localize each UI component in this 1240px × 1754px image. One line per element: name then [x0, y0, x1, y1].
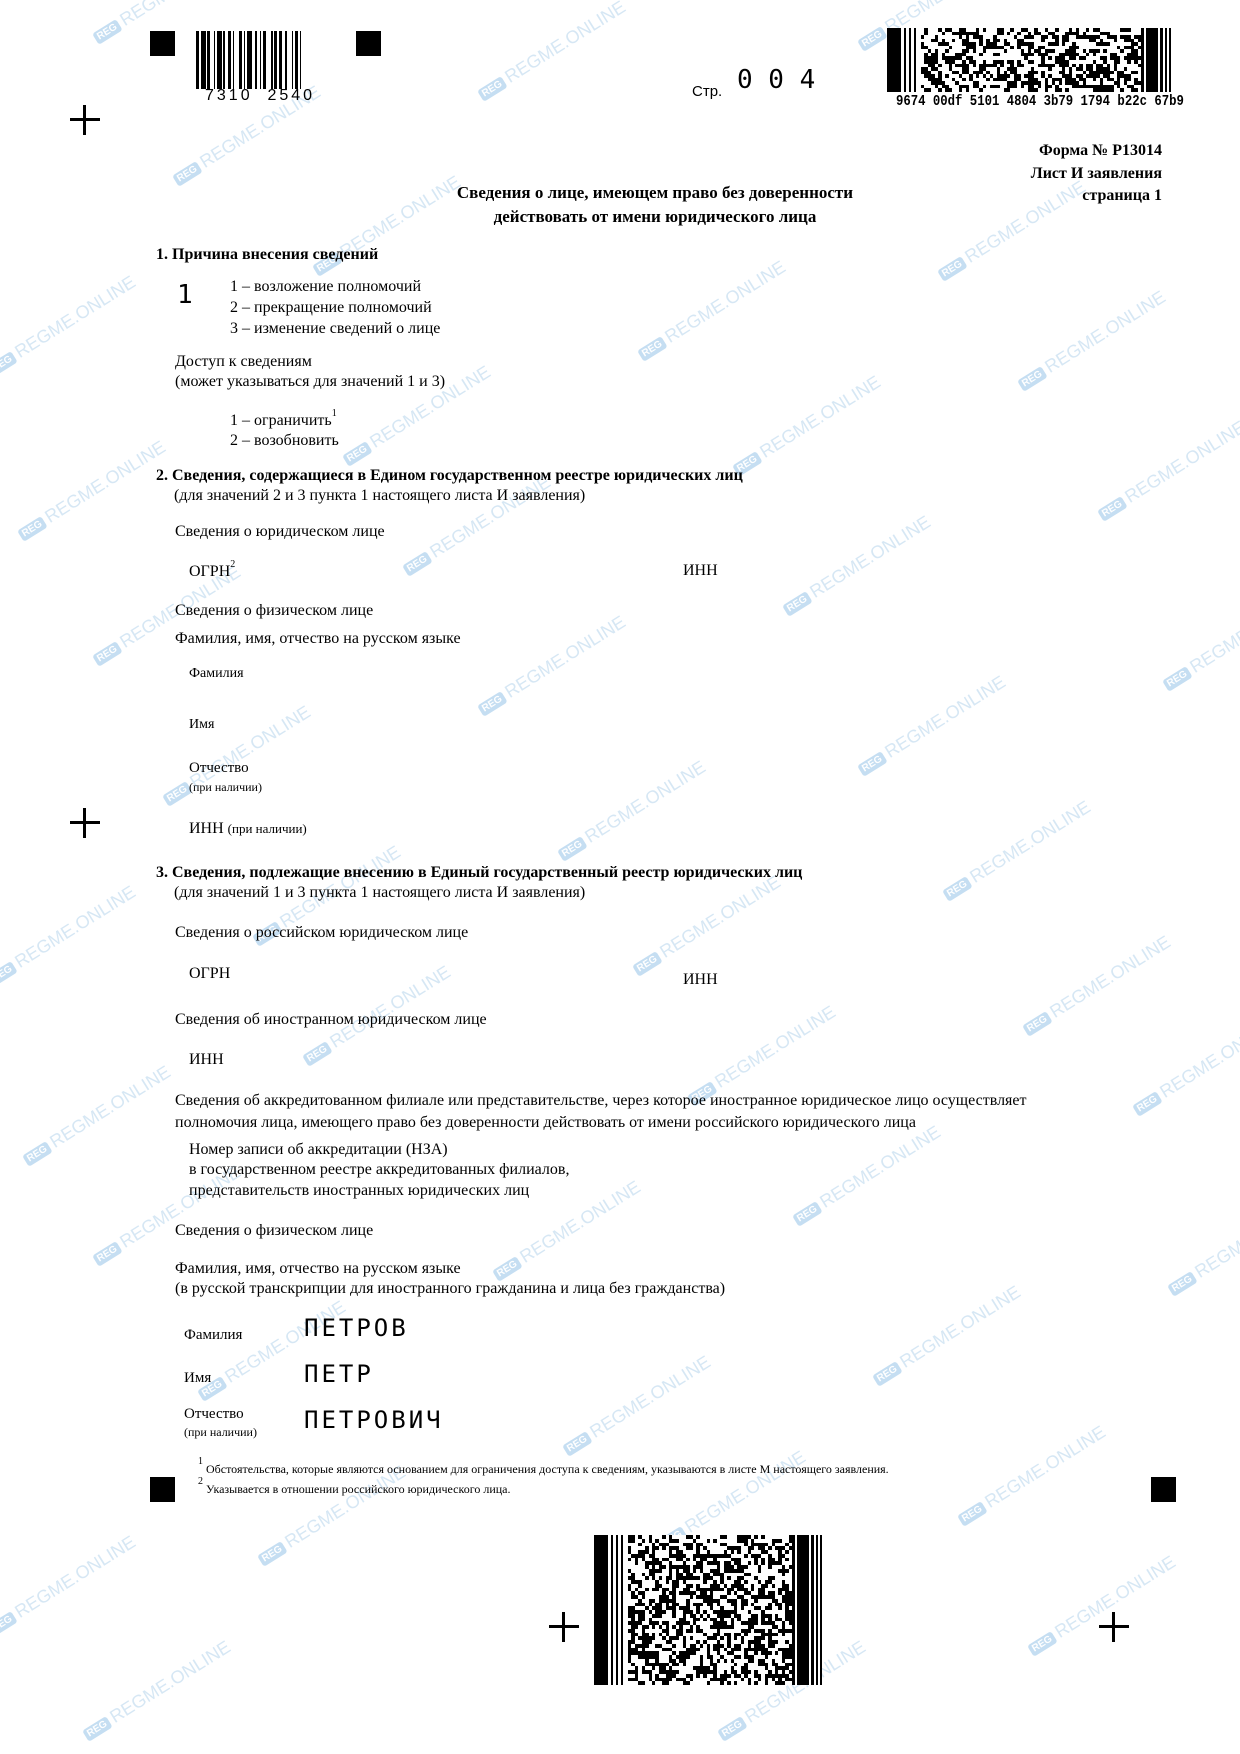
surname-label: Фамилия [189, 664, 244, 684]
surname-label: Фамилия [184, 1325, 242, 1345]
russian-entity-label: Сведения о российском юридическом лице [175, 923, 468, 943]
name-label: Имя [189, 715, 214, 735]
ogrn-label-text: ОГРН [189, 563, 230, 580]
branch-label-line1: Сведения об аккредитованном филиале или … [175, 1091, 1027, 1111]
reg-logo-icon: REG [477, 691, 507, 717]
watermark-text: REGREGME.ONLINE [1014, 287, 1169, 395]
crosshair-mark-icon [70, 808, 100, 838]
footnote-text: Указывается в отношении российского юрид… [206, 1482, 511, 1496]
footnote-mark: 1 [198, 1456, 203, 1467]
patronymic-label: Отчество [189, 758, 249, 778]
ogrn-label: ОГРН [189, 964, 230, 984]
reg-logo-icon: REG [82, 1716, 112, 1742]
surname-value[interactable]: ПЕТРОВ [304, 1318, 409, 1338]
reg-logo-icon: REG [0, 961, 17, 987]
watermark-text: REGREGME.ONLINE [869, 1282, 1024, 1390]
reg-logo-icon: REG [782, 591, 812, 617]
inn-label: ИНН [683, 970, 718, 990]
reg-logo-icon: REG [637, 336, 667, 362]
reg-logo-icon: REG [857, 26, 887, 52]
watermark-text: REGREGME.ONLINE [954, 1422, 1109, 1530]
reg-logo-icon: REG [942, 876, 972, 902]
footnote-mark: 2 [198, 1476, 203, 1487]
fio-label: Фамилия, имя, отчество на русском языке [175, 629, 461, 649]
reg-logo-icon: REG [92, 1241, 122, 1267]
reg-logo-icon: REG [957, 1501, 987, 1527]
nza-label-line1: Номер записи об аккредитации (НЗА) [189, 1140, 448, 1160]
section1-heading: 1. Причина внесения сведений [156, 245, 378, 265]
section3-note: (для значений 1 и 3 пункта 1 настоящего … [174, 883, 585, 903]
reg-logo-icon: REG [872, 1361, 902, 1387]
crosshair-mark-icon [549, 1612, 579, 1642]
fio-label: Фамилия, имя, отчество на русском языке [175, 1259, 461, 1279]
watermark-text: REGREGME.ONLINE [1019, 932, 1174, 1040]
footnote-ref: 1 [332, 408, 337, 419]
reg-logo-icon: REG [257, 1541, 287, 1567]
person-inn-label: ИНН (при наличии) [189, 819, 307, 839]
reg-logo-icon: REG [1162, 666, 1192, 692]
branch-label-line2: полномочия лица, имеющего право без дове… [175, 1113, 916, 1133]
reg-logo-icon: REG [22, 1141, 52, 1167]
watermark-text: REGREGME.ONLINE [0, 1532, 139, 1640]
crosshair-mark-icon [70, 105, 100, 135]
footnote-ref: 2 [230, 559, 235, 570]
reg-logo-icon: REG [0, 1611, 17, 1637]
pdf417-code: 9674 00df 5101 4804 3b79 1794 b22c 67b9 [896, 92, 1184, 112]
footnote-1: 1 Обстоятельства, которые являются основ… [198, 1459, 889, 1479]
patronymic-note: (при наличии) [184, 1422, 257, 1442]
watermark-text: REGREGME.ONLINE [554, 757, 709, 865]
patronymic-note: (при наличии) [189, 777, 262, 797]
watermark-text: REGREGME.ONLINE [474, 612, 629, 720]
person-label: Сведения о физическом лице [175, 1221, 373, 1241]
watermark-text: REGREGME.ONLINE [634, 257, 789, 365]
reg-logo-icon: REG [492, 1256, 522, 1282]
watermark-text: REGREGME.ONLINE [474, 0, 629, 104]
section3-heading: 3. Сведения, подлежащие внесению в Едины… [156, 863, 802, 883]
pdf417-barcode [887, 28, 1171, 92]
reg-logo-icon: REG [792, 1201, 822, 1227]
registration-square [150, 1477, 175, 1502]
foreign-entity-label: Сведения об иностранном юридическом лице [175, 1010, 487, 1030]
reg-logo-icon: REG [162, 781, 192, 807]
watermark-text: REGREGME.ONLINE [0, 272, 139, 380]
watermark-text: REGREGME.ONLINE [19, 1062, 174, 1170]
reg-logo-icon: REG [342, 441, 372, 467]
ogrn-label: ОГРН2 [189, 562, 235, 582]
fio-note: (в русской транскрипции для иностранного… [175, 1279, 725, 1299]
page-label: Стр. [692, 82, 722, 102]
name-label: Имя [184, 1368, 211, 1388]
watermark-text: REGREGME.ONLINE [1159, 587, 1240, 695]
footnote-2: 2 Указывается в отношении российского юр… [198, 1479, 511, 1499]
reg-logo-icon: REG [1027, 1631, 1057, 1657]
inn-label: ИНН [683, 561, 718, 581]
form-number: Форма № Р13014 [1039, 141, 1162, 161]
reg-logo-icon: REG [92, 19, 122, 45]
watermark-text: REGREGME.ONLINE [789, 1122, 944, 1230]
page-subtitle: действовать от имени юридического лица [0, 207, 1240, 227]
registration-square [150, 31, 175, 56]
reason-option-2: 2 – прекращение полномочий [230, 298, 432, 318]
page-number: 0 0 4 [737, 70, 815, 90]
watermark-text: REGREGME.ONLINE [194, 1297, 349, 1405]
reg-logo-icon: REG [632, 951, 662, 977]
access-label: Доступ к сведениям [175, 352, 312, 372]
reg-logo-icon: REG [1167, 1271, 1197, 1297]
legal-entity-label: Сведения о юридическом лице [175, 522, 385, 542]
registration-square [1151, 1477, 1176, 1502]
foreign-inn-label: ИНН [189, 1050, 224, 1070]
watermark-text: REGREGME.ONLINE [1094, 417, 1240, 525]
nza-label-line2: в государственном реестре аккредитованны… [189, 1160, 569, 1180]
reg-logo-icon: REG [1132, 1091, 1162, 1117]
watermark-text: REGREGME.ONLINE [79, 1637, 234, 1745]
reg-logo-icon: REG [857, 751, 887, 777]
crosshair-mark-icon [1099, 1612, 1129, 1642]
reg-logo-icon: REG [17, 516, 47, 542]
footnote-text: Обстоятельства, которые являются основан… [206, 1462, 889, 1476]
registration-square [356, 31, 381, 56]
person-label: Сведения о физическом лице [175, 601, 373, 621]
watermark-text: REGREGME.ONLINE [939, 797, 1094, 905]
reg-logo-icon: REG [302, 1041, 332, 1067]
reg-logo-icon: REG [717, 1716, 747, 1742]
reg-logo-icon: REG [0, 351, 17, 377]
access-note: (может указываться для значений 1 и 3) [175, 372, 445, 392]
patronymic-label: Отчество [184, 1404, 244, 1424]
watermark-text: REGREGME.ONLINE [729, 372, 884, 480]
watermark-text: REGREGME.ONLINE [1024, 1552, 1179, 1660]
reg-logo-icon: REG [557, 836, 587, 862]
watermark-text: REGREGME.ONLINE [1164, 1192, 1240, 1300]
access-option-1: 1 – ограничить1 [230, 411, 337, 431]
form-sheet: Лист И заявления [1031, 164, 1162, 184]
name-value[interactable]: ПЕТР [304, 1364, 374, 1384]
linear-barcode [196, 31, 304, 89]
watermark-text: REGREGME.ONLINE [629, 872, 784, 980]
reg-logo-icon: REG [1017, 366, 1047, 392]
access-option-2: 2 – возобновить [230, 431, 339, 451]
watermark-text: REGREGME.ONLINE [1129, 1012, 1240, 1120]
pdf417-barcode-bottom [594, 1535, 822, 1685]
section2-note: (для значений 2 и 3 пункта 1 настоящего … [174, 486, 585, 506]
reg-logo-icon: REG [562, 1431, 592, 1457]
reg-logo-icon: REG [937, 256, 967, 282]
watermark-text: REGREGME.ONLINE [559, 1352, 714, 1460]
watermark-text: REGREGME.ONLINE [14, 437, 169, 545]
reg-logo-icon: REG [1022, 1011, 1052, 1037]
watermark-text: REGREGME.ONLINE [854, 672, 1009, 780]
reg-logo-icon: REG [92, 641, 122, 667]
watermark-text: REGREGME.ONLINE [779, 512, 934, 620]
barcode-number: 7310 2540 [205, 86, 315, 106]
nza-label-line3: представительств иностранных юридических… [189, 1181, 529, 1201]
watermark-text: REGREGME.ONLINE [0, 882, 139, 990]
page-title: Сведения о лице, имеющем право без довер… [0, 183, 1240, 203]
reason-option-3: 3 – изменение сведений о лице [230, 319, 440, 339]
person-inn-label-text: ИНН [189, 820, 224, 837]
person-inn-note: (при наличии) [228, 821, 307, 836]
reg-logo-icon: REG [477, 76, 507, 102]
reason-value[interactable]: 1 [177, 285, 193, 305]
section2-heading: 2. Сведения, содержащиеся в Едином госуд… [156, 466, 743, 486]
reg-logo-icon: REG [402, 551, 432, 577]
access-option-1-label: 1 – ограничить [230, 412, 332, 429]
reason-option-1: 1 – возложение полномочий [230, 277, 421, 297]
patronymic-value[interactable]: ПЕТРОВИЧ [304, 1410, 444, 1430]
reg-logo-icon: REG [1097, 496, 1127, 522]
